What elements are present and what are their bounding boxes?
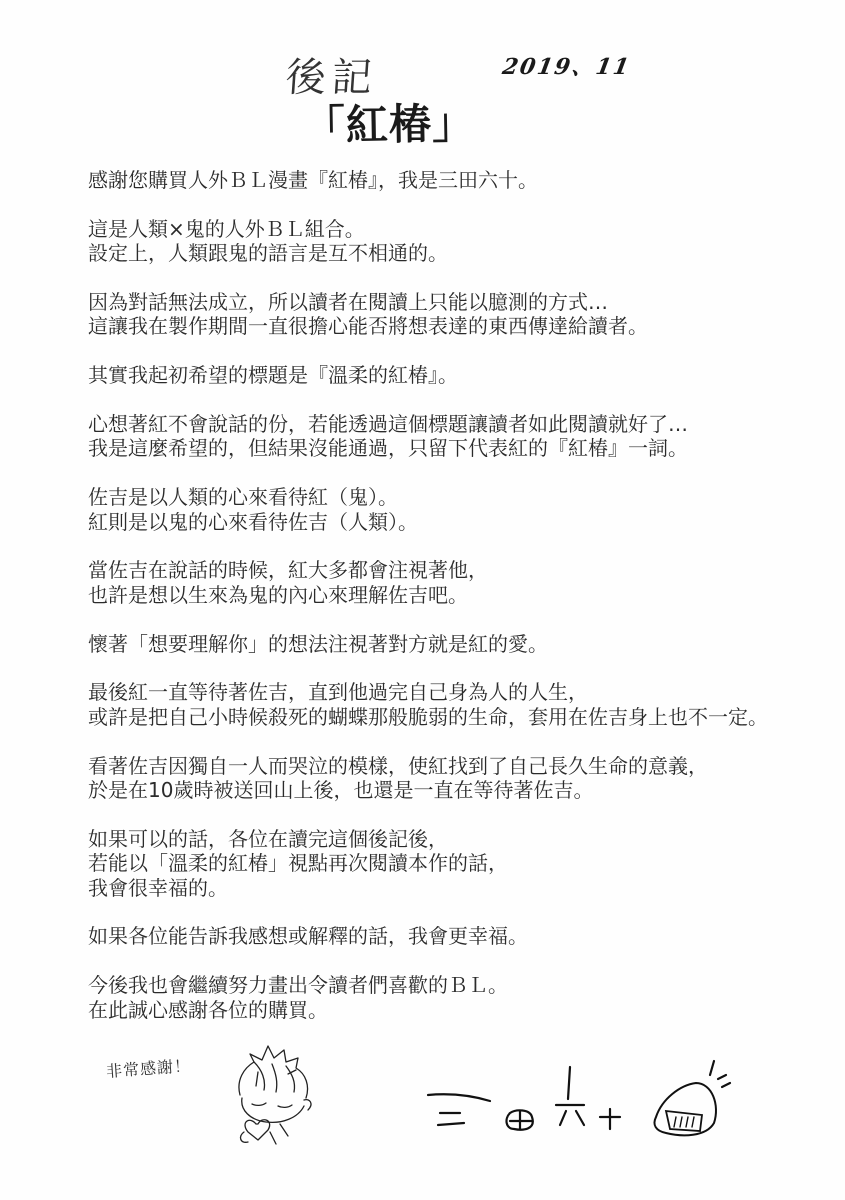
paragraph: 如果可以的話，各位在讀完這個後記後， 若能以「溫柔的紅椿」視點再次閱讀本作的話，… (88, 827, 808, 900)
text-line: 其實我起初希望的標題是『溫柔的紅椿』。 (88, 363, 808, 387)
author-signature (420, 1055, 760, 1145)
text-line: 若能以「溫柔的紅椿」視點再次閱讀本作的話， (88, 851, 808, 875)
text-line: 佐吉是以人類的心來看待紅（鬼）。 (88, 485, 808, 509)
text-line: 我是這麼希望的，但結果沒能通過，只留下代表紅的『紅椿』一詞。 (88, 436, 808, 460)
paragraph: 因為對話無法成立，所以讀者在閱讀上只能以臆測的方式… 這讓我在製作期間一直很擔心… (88, 290, 808, 339)
afterword-body: 感謝您購買人外ＢＬ漫畫『紅椿』，我是三田六十。 這是人類×鬼的人外ＢＬ組合。 設… (88, 168, 808, 1046)
text-line: 今後我也會繼續努力畫出令讀者們喜歡的ＢＬ。 (88, 973, 808, 997)
text-line: 看著佐吉因獨自一人而哭泣的模樣，使紅找到了自己長久生命的意義， (88, 754, 808, 778)
text-line: 設定上，人類跟鬼的語言是互不相通的。 (88, 241, 808, 265)
paragraph: 今後我也會繼續努力畫出令讀者們喜歡的ＢＬ。 在此誠心感謝各位的購買。 (88, 973, 808, 1022)
date-label: 2019、11 (500, 50, 633, 81)
afterword-page: 後記 2019、11 「紅椿」 感謝您購買人外ＢＬ漫畫『紅椿』，我是三田六十。 … (0, 0, 845, 1200)
paragraph: 心想著紅不會說話的份，若能透過這個標題讓讀者如此閱讀就好了… 我是這麼希望的，但… (88, 412, 808, 461)
text-line: 於是在10歲時被送回山上後，也還是一直在等待著佐吉。 (88, 778, 808, 802)
text-line: 懷著「想要理解你」的想法注視著對方就是紅的愛。 (88, 632, 808, 656)
text-line: 紅則是以鬼的心來看待佐吉（人類）。 (88, 510, 808, 534)
paragraph: 當佐吉在說話的時候，紅大多都會注視著他， 也許是想以生來為鬼的內心來理解佐吉吧。 (88, 558, 808, 607)
paragraph: 佐吉是以人類的心來看待紅（鬼）。 紅則是以鬼的心來看待佐吉（人類）。 (88, 485, 808, 534)
paragraph: 感謝您購買人外ＢＬ漫畫『紅椿』，我是三田六十。 (88, 168, 808, 192)
text-line: 或許是把自己小時候殺死的蝴蝶那般脆弱的生命，套用在佐吉身上也不一定。 (88, 705, 808, 729)
paragraph: 最後紅一直等待著佐吉，直到他過完自己身為人的人生， 或許是把自己小時候殺死的蝴蝶… (88, 680, 808, 729)
work-title: 「紅椿」 (302, 91, 475, 154)
text-line: 感謝您購買人外ＢＬ漫畫『紅椿』，我是三田六十。 (88, 168, 808, 192)
text-line: 如果各位能告訴我感想或解釋的話，我會更幸福。 (88, 924, 808, 948)
text-line: 心想著紅不會說話的份，若能透過這個標題讓讀者如此閱讀就好了… (88, 412, 808, 436)
text-line: 也許是想以生來為鬼的內心來理解佐吉吧。 (88, 583, 808, 607)
text-line: 最後紅一直等待著佐吉，直到他過完自己身為人的人生， (88, 680, 808, 704)
paragraph: 其實我起初希望的標題是『溫柔的紅椿』。 (88, 363, 808, 387)
paragraph: 如果各位能告訴我感想或解釋的話，我會更幸福。 (88, 924, 808, 948)
text-line: 這讓我在製作期間一直很擔心能否將想表達的東西傳達給讀者。 (88, 314, 808, 338)
text-line: 因為對話無法成立，所以讀者在閱讀上只能以臆測的方式… (88, 290, 808, 314)
text-line: 這是人類×鬼的人外ＢＬ組合。 (88, 217, 808, 241)
thanks-note: 非常感謝！ (105, 1053, 191, 1082)
chibi-character-illustration (210, 1040, 350, 1150)
paragraph: 看著佐吉因獨自一人而哭泣的模樣，使紅找到了自己長久生命的意義， 於是在10歲時被… (88, 754, 808, 803)
paragraph: 懷著「想要理解你」的想法注視著對方就是紅的愛。 (88, 632, 808, 656)
text-line: 在此誠心感謝各位的購買。 (88, 998, 808, 1022)
text-line: 當佐吉在說話的時候，紅大多都會注視著他， (88, 558, 808, 582)
text-line: 我會很幸福的。 (88, 876, 808, 900)
text-line: 如果可以的話，各位在讀完這個後記後， (88, 827, 808, 851)
paragraph: 這是人類×鬼的人外ＢＬ組合。 設定上，人類跟鬼的語言是互不相通的。 (88, 217, 808, 266)
